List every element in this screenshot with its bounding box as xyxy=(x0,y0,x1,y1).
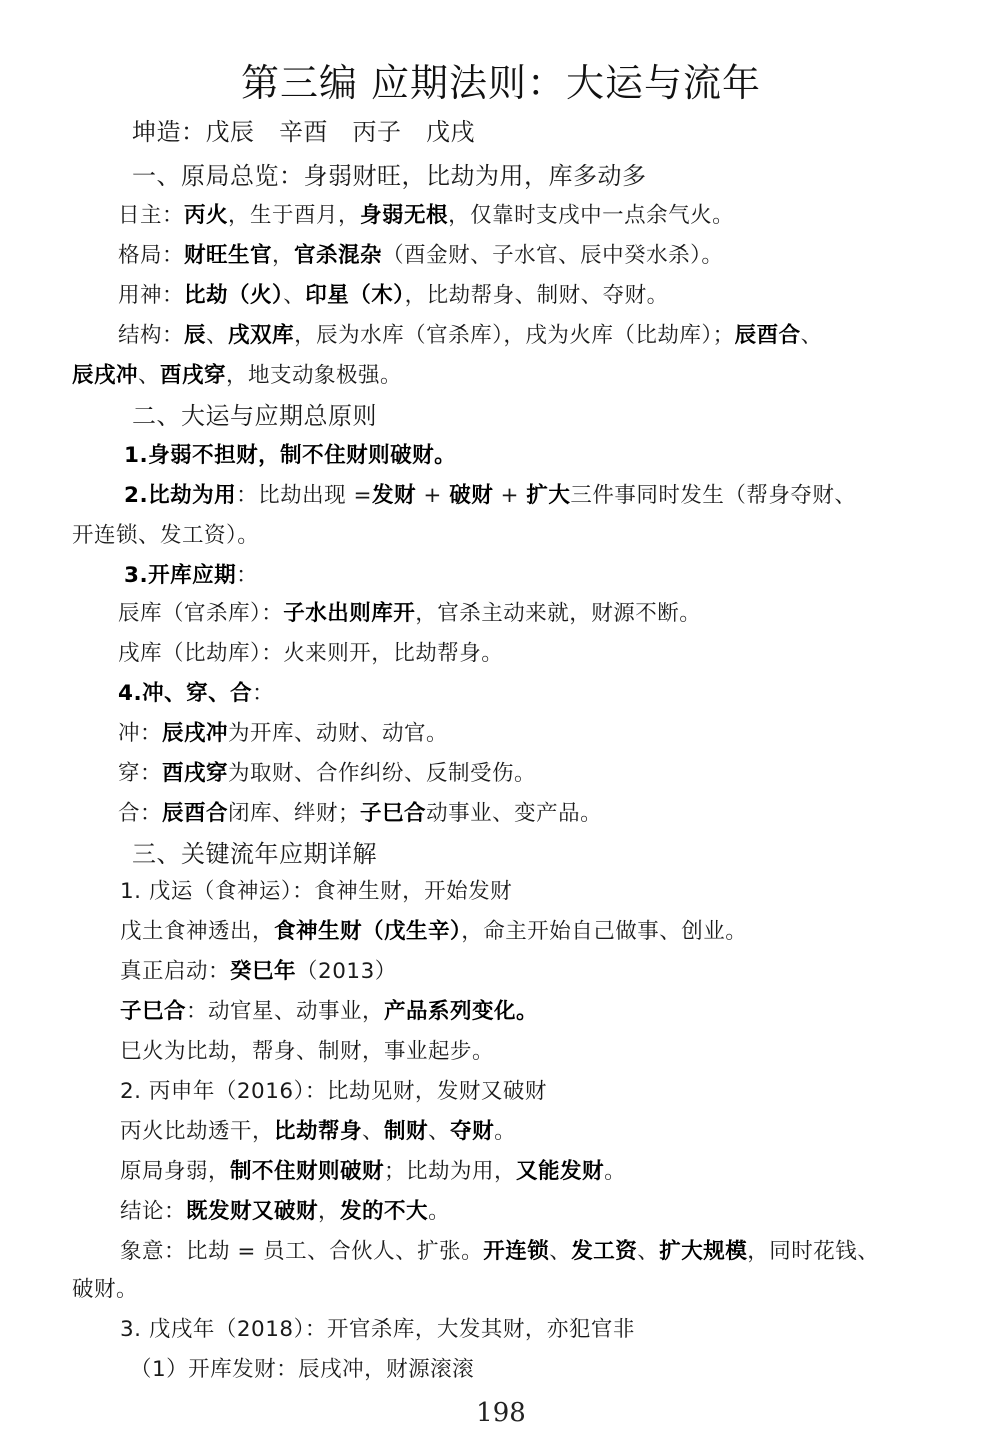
page-number: 198 xyxy=(0,1398,1002,1428)
text: ；比劫为用， xyxy=(384,1159,516,1184)
text: ： xyxy=(252,681,274,706)
paragraph-line: 戌库（比劫库）：火来则开，比劫帮身。 xyxy=(118,636,503,667)
text: 闭库、绊财； xyxy=(228,801,360,826)
text: 、 xyxy=(138,363,160,388)
text: 合： xyxy=(118,801,162,826)
paragraph-line: 辰库（官杀库）：子水出则库开，官杀主动来就，财源不断。 xyxy=(118,596,701,627)
bold-text: 发的不大 xyxy=(340,1199,428,1224)
page-title: 第三编 应期法则：大运与流年 xyxy=(0,52,1002,107)
paragraph-line: 穿：酉戌穿为取财、合作纠纷、反制受伤。 xyxy=(118,756,536,787)
text: ， xyxy=(272,243,294,268)
text: + xyxy=(416,483,449,508)
bold-text: 比劫（火） xyxy=(184,283,283,308)
text: 原局身弱， xyxy=(120,1159,230,1184)
text: 为开库、动财、动官。 xyxy=(228,721,448,746)
bold-text: 戌双库 xyxy=(228,323,294,348)
paragraph-line: 开连锁、发工资）。 xyxy=(72,518,259,549)
bold-text: 制财 xyxy=(384,1119,428,1144)
bold-text: 夺财 xyxy=(450,1119,494,1144)
bold-text: 比劫帮身 xyxy=(274,1119,362,1144)
text: 巳火为比劫，帮身、制财，事业起步。 xyxy=(120,1039,494,1064)
bold-text: 扩大规模 xyxy=(659,1239,747,1264)
text: + xyxy=(493,483,526,508)
bold-text: 扩大 xyxy=(526,483,570,508)
text: 破财。 xyxy=(72,1277,138,1302)
text: ，官杀主动来就，财源不断。 xyxy=(415,601,701,626)
bold-text: 开连锁 xyxy=(483,1239,549,1264)
text: 、 xyxy=(283,283,305,308)
paragraph-line: 象意：比劫 = 员工、合伙人、扩张。开连锁、发工资、扩大规模，同时花钱、 xyxy=(120,1234,879,1265)
paragraph-line: 辰戌冲、酉戌穿，地支动象极强。 xyxy=(72,358,402,389)
text: 冲： xyxy=(118,721,162,746)
text: ，辰为水库（官杀库），戌为火库（比劫库）； xyxy=(294,323,735,348)
bold-text: 破财 xyxy=(449,483,493,508)
text: （酉金财、子水官、辰中癸水杀）。 xyxy=(382,243,723,268)
paragraph-line: 真正启动：癸巳年（2013） xyxy=(120,954,397,985)
text: 、 xyxy=(428,1119,450,1144)
text: 穿： xyxy=(118,761,162,786)
text: 格局： xyxy=(118,243,184,268)
subsection-heading: 3. 戊戌年（2018）：开官杀库，大发其财，亦犯官非 xyxy=(120,1312,635,1343)
bold-text: 酉戌穿 xyxy=(162,761,228,786)
rule-heading: 3.开库应期： xyxy=(124,558,258,589)
text: ，地支动象极强。 xyxy=(226,363,402,388)
text: ，同时花钱、 xyxy=(747,1239,879,1264)
bold-text: 丙火 xyxy=(184,203,228,228)
text: 象意：比劫 = 员工、合伙人、扩张。 xyxy=(120,1239,483,1264)
paragraph-line: 结论：既发财又破财，发的不大。 xyxy=(120,1194,450,1225)
bold-text: 酉戌穿 xyxy=(160,363,226,388)
text: 。 xyxy=(494,1119,516,1144)
bold-text: 癸巳年 xyxy=(230,959,296,984)
section-heading: 三、关键流年应期详解 xyxy=(132,834,377,869)
text: 结论： xyxy=(120,1199,186,1224)
bold-text: 1.身弱不担财，制不住财则破财。 xyxy=(124,443,456,468)
text: 、 xyxy=(637,1239,659,1264)
paragraph-line: 丙火比劫透干，比劫帮身、制财、夺财。 xyxy=(120,1114,516,1145)
bold-text: 既发财又破财 xyxy=(186,1199,318,1224)
paragraph-line: 结构：辰、戌双库，辰为水库（官杀库），戌为火库（比劫库）；辰酉合、 xyxy=(118,318,823,349)
text: 、 xyxy=(801,323,823,348)
text: 辰库（官杀库）： xyxy=(118,601,283,626)
text: ：动官星、动事业， xyxy=(186,999,384,1024)
chart-line: 坤造：戊辰 辛酉 丙子 戊戌 xyxy=(132,112,475,147)
bold-text: 官杀混杂 xyxy=(294,243,382,268)
text: 为取财、合作纠纷、反制受伤。 xyxy=(228,761,536,786)
paragraph-line: 戊土食神透出，食神生财（戊生辛），命主开始自己做事、创业。 xyxy=(120,914,747,945)
text: 用神： xyxy=(118,283,184,308)
text: 戊土食神透出， xyxy=(120,919,274,944)
bold-text: 印星（木） xyxy=(305,283,404,308)
section-heading: 二、大运与应期总原则 xyxy=(132,396,377,431)
text: ，生于酉月， xyxy=(228,203,360,228)
text: ，比劫帮身、制财、夺财。 xyxy=(405,283,669,308)
bold-text: 制不住财则破财 xyxy=(230,1159,384,1184)
bold-text: 2.比劫为用 xyxy=(124,483,236,508)
paragraph-line: 冲：辰戌冲为开库、动财、动官。 xyxy=(118,716,448,747)
text: （2013） xyxy=(296,959,397,984)
paragraph-line: 合：辰酉合闭库、绊财；子巳合动事业、变产品。 xyxy=(118,796,602,827)
bold-text: 辰 xyxy=(184,323,206,348)
bold-text: 发财 xyxy=(372,483,416,508)
text: 一、原局总览：身弱财旺，比劫为用，库多动多 xyxy=(132,162,647,190)
text: 2. 丙申年（2016）：比劫见财，发财又破财 xyxy=(120,1079,547,1104)
rule-heading: 4.冲、穿、合： xyxy=(118,676,274,707)
paragraph-line: 破财。 xyxy=(72,1272,138,1303)
paragraph-line: （1）开库发财：辰戌冲，财源滚滚 xyxy=(130,1352,474,1383)
text: 、 xyxy=(362,1119,384,1144)
bold-text: 食神生财（戊生辛） xyxy=(274,919,461,944)
paragraph-line: 日主：丙火，生于酉月，身弱无根，仅靠时支戌中一点余气火。 xyxy=(118,198,734,229)
bold-text: 又能发财 xyxy=(516,1159,604,1184)
text: 动事业、变产品。 xyxy=(426,801,602,826)
text: ：比劫出现 = xyxy=(236,483,372,508)
text: 二、大运与应期总原则 xyxy=(132,402,377,430)
bold-text: 辰戌冲 xyxy=(72,363,138,388)
rule-heading: 2.比劫为用：比劫出现 =发财 + 破财 + 扩大三件事同时发生（帮身夺财、 xyxy=(124,478,856,509)
bold-text: 4.冲、穿、合 xyxy=(118,681,252,706)
text: ： xyxy=(236,563,258,588)
paragraph-line: 格局：财旺生官，官杀混杂（酉金财、子水官、辰中癸水杀）。 xyxy=(118,238,723,269)
bold-text: 身弱无根 xyxy=(360,203,448,228)
text: 丙火比劫透干， xyxy=(120,1119,274,1144)
bold-text: 财旺生官 xyxy=(184,243,272,268)
text: 。 xyxy=(428,1199,450,1224)
bold-text: 发工资 xyxy=(571,1239,637,1264)
text: （1）开库发财：辰戌冲，财源滚滚 xyxy=(130,1357,474,1382)
text: 3. 戊戌年（2018）：开官杀库，大发其财，亦犯官非 xyxy=(120,1317,635,1342)
text: ， xyxy=(318,1199,340,1224)
text: 真正启动： xyxy=(120,959,230,984)
text: 坤造：戊辰 辛酉 丙子 戊戌 xyxy=(132,118,475,146)
bold-text: 子巳合 xyxy=(120,999,186,1024)
text: ，仅靠时支戌中一点余气火。 xyxy=(448,203,734,228)
paragraph-line: 子巳合：动官星、动事业，产品系列变化。 xyxy=(120,994,538,1025)
paragraph-line: 原局身弱，制不住财则破财；比劫为用，又能发财。 xyxy=(120,1154,626,1185)
bold-text: 子巳合 xyxy=(360,801,426,826)
paragraph-line: 巳火为比劫，帮身、制财，事业起步。 xyxy=(120,1034,494,1065)
subsection-heading: 2. 丙申年（2016）：比劫见财，发财又破财 xyxy=(120,1074,547,1105)
subsection-heading: 1. 戊运（食神运）：食神生财，开始发财 xyxy=(120,874,512,905)
text: 戌库（比劫库）：火来则开，比劫帮身。 xyxy=(118,641,503,666)
text: 1. 戊运（食神运）：食神生财，开始发财 xyxy=(120,879,512,904)
text: 三、关键流年应期详解 xyxy=(132,840,377,868)
rule-heading: 1.身弱不担财，制不住财则破财。 xyxy=(124,438,456,469)
text: ，命主开始自己做事、创业。 xyxy=(461,919,747,944)
bold-text: 子水出则库开 xyxy=(283,601,415,626)
text: 、 xyxy=(549,1239,571,1264)
paragraph-line: 用神：比劫（火）、印星（木），比劫帮身、制财、夺财。 xyxy=(118,278,669,309)
bold-text: 辰酉合 xyxy=(735,323,801,348)
bold-text: 辰酉合 xyxy=(162,801,228,826)
text: 三件事同时发生（帮身夺财、 xyxy=(570,483,856,508)
text: 日主： xyxy=(118,203,184,228)
bold-text: 产品系列变化。 xyxy=(384,999,538,1024)
section-heading: 一、原局总览：身弱财旺，比劫为用，库多动多 xyxy=(132,156,647,191)
text: 。 xyxy=(604,1159,626,1184)
text: 、 xyxy=(206,323,228,348)
text: 结构： xyxy=(118,323,184,348)
bold-text: 3.开库应期 xyxy=(124,563,236,588)
bold-text: 辰戌冲 xyxy=(162,721,228,746)
text: 开连锁、发工资）。 xyxy=(72,523,259,548)
